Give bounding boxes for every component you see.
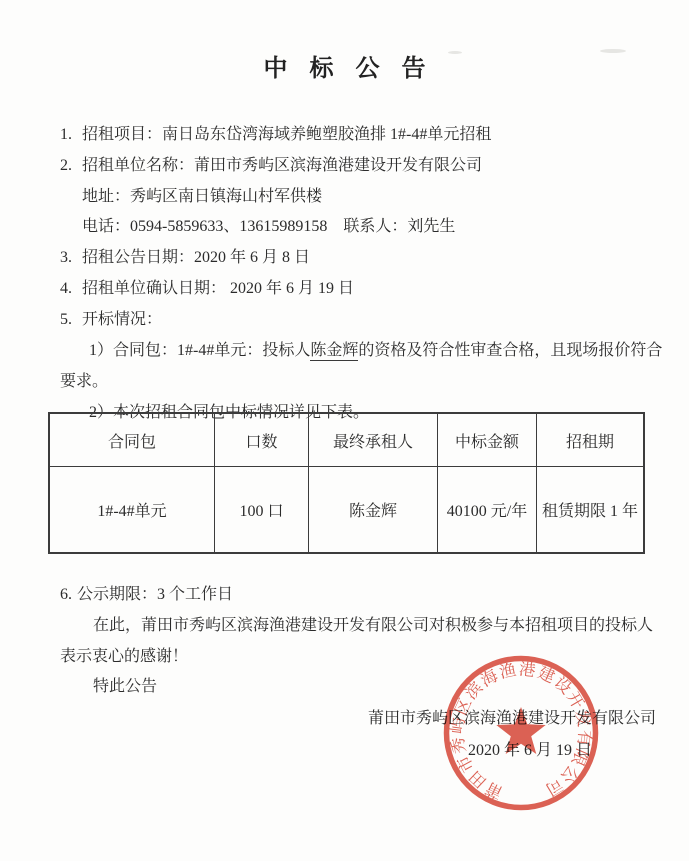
table-header-cell: 口数: [215, 413, 309, 467]
sub-item-text: 的资格及符合性审查合格，且现场报价符合: [358, 342, 662, 359]
table-cell-winner: 陈金辉: [309, 467, 438, 554]
table-header-cell: 合同包: [49, 413, 215, 467]
star-icon: [496, 707, 545, 754]
table-header-row: 合同包 口数 最终承租人 中标金额 招租期: [49, 413, 644, 467]
table-cell-count: 100 口: [215, 467, 309, 554]
table-header-cell: 中标金额: [438, 413, 537, 467]
table-header-cell: 招租期: [537, 413, 645, 467]
table-header-cell: 最终承租人: [309, 413, 438, 467]
table-cell-amount: 40100 元/年: [438, 467, 537, 554]
closing-statement: 特此公告: [77, 654, 157, 720]
sub-item-1: 1）合同包：1#-4#单元：投标人陈金辉的资格及符合性审查合格，且现场报价符合: [73, 318, 662, 384]
sub-item-text: 1）合同包：1#-4#单元：投标人: [89, 342, 310, 359]
table-cell-contract: 1#-4#单元: [49, 467, 215, 554]
bid-results-table: 合同包 口数 最终承租人 中标金额 招租期 1#-4#单元 100 口 陈金辉 …: [48, 412, 645, 554]
table-row: 1#-4#单元 100 口 陈金辉 40100 元/年 租赁期限 1 年: [49, 467, 644, 554]
item-number: 6.: [60, 584, 77, 606]
page-title: 中标公告: [0, 48, 689, 83]
winner-name-underlined: 陈金辉: [310, 342, 358, 361]
closing-text: 特此公告: [93, 678, 157, 695]
scan-smudge: [448, 51, 462, 54]
table-cell-term: 租赁期限 1 年: [537, 467, 645, 554]
scan-smudge: [600, 49, 626, 53]
document-page: 中标公告 1.招租项目：南日岛东岱湾海域养鲍塑胶渔排 1#-4#单元招租 2.招…: [0, 0, 689, 861]
company-seal-stamp: 莆田市秀屿区滨海渔港建设开发有限公司: [436, 648, 606, 818]
